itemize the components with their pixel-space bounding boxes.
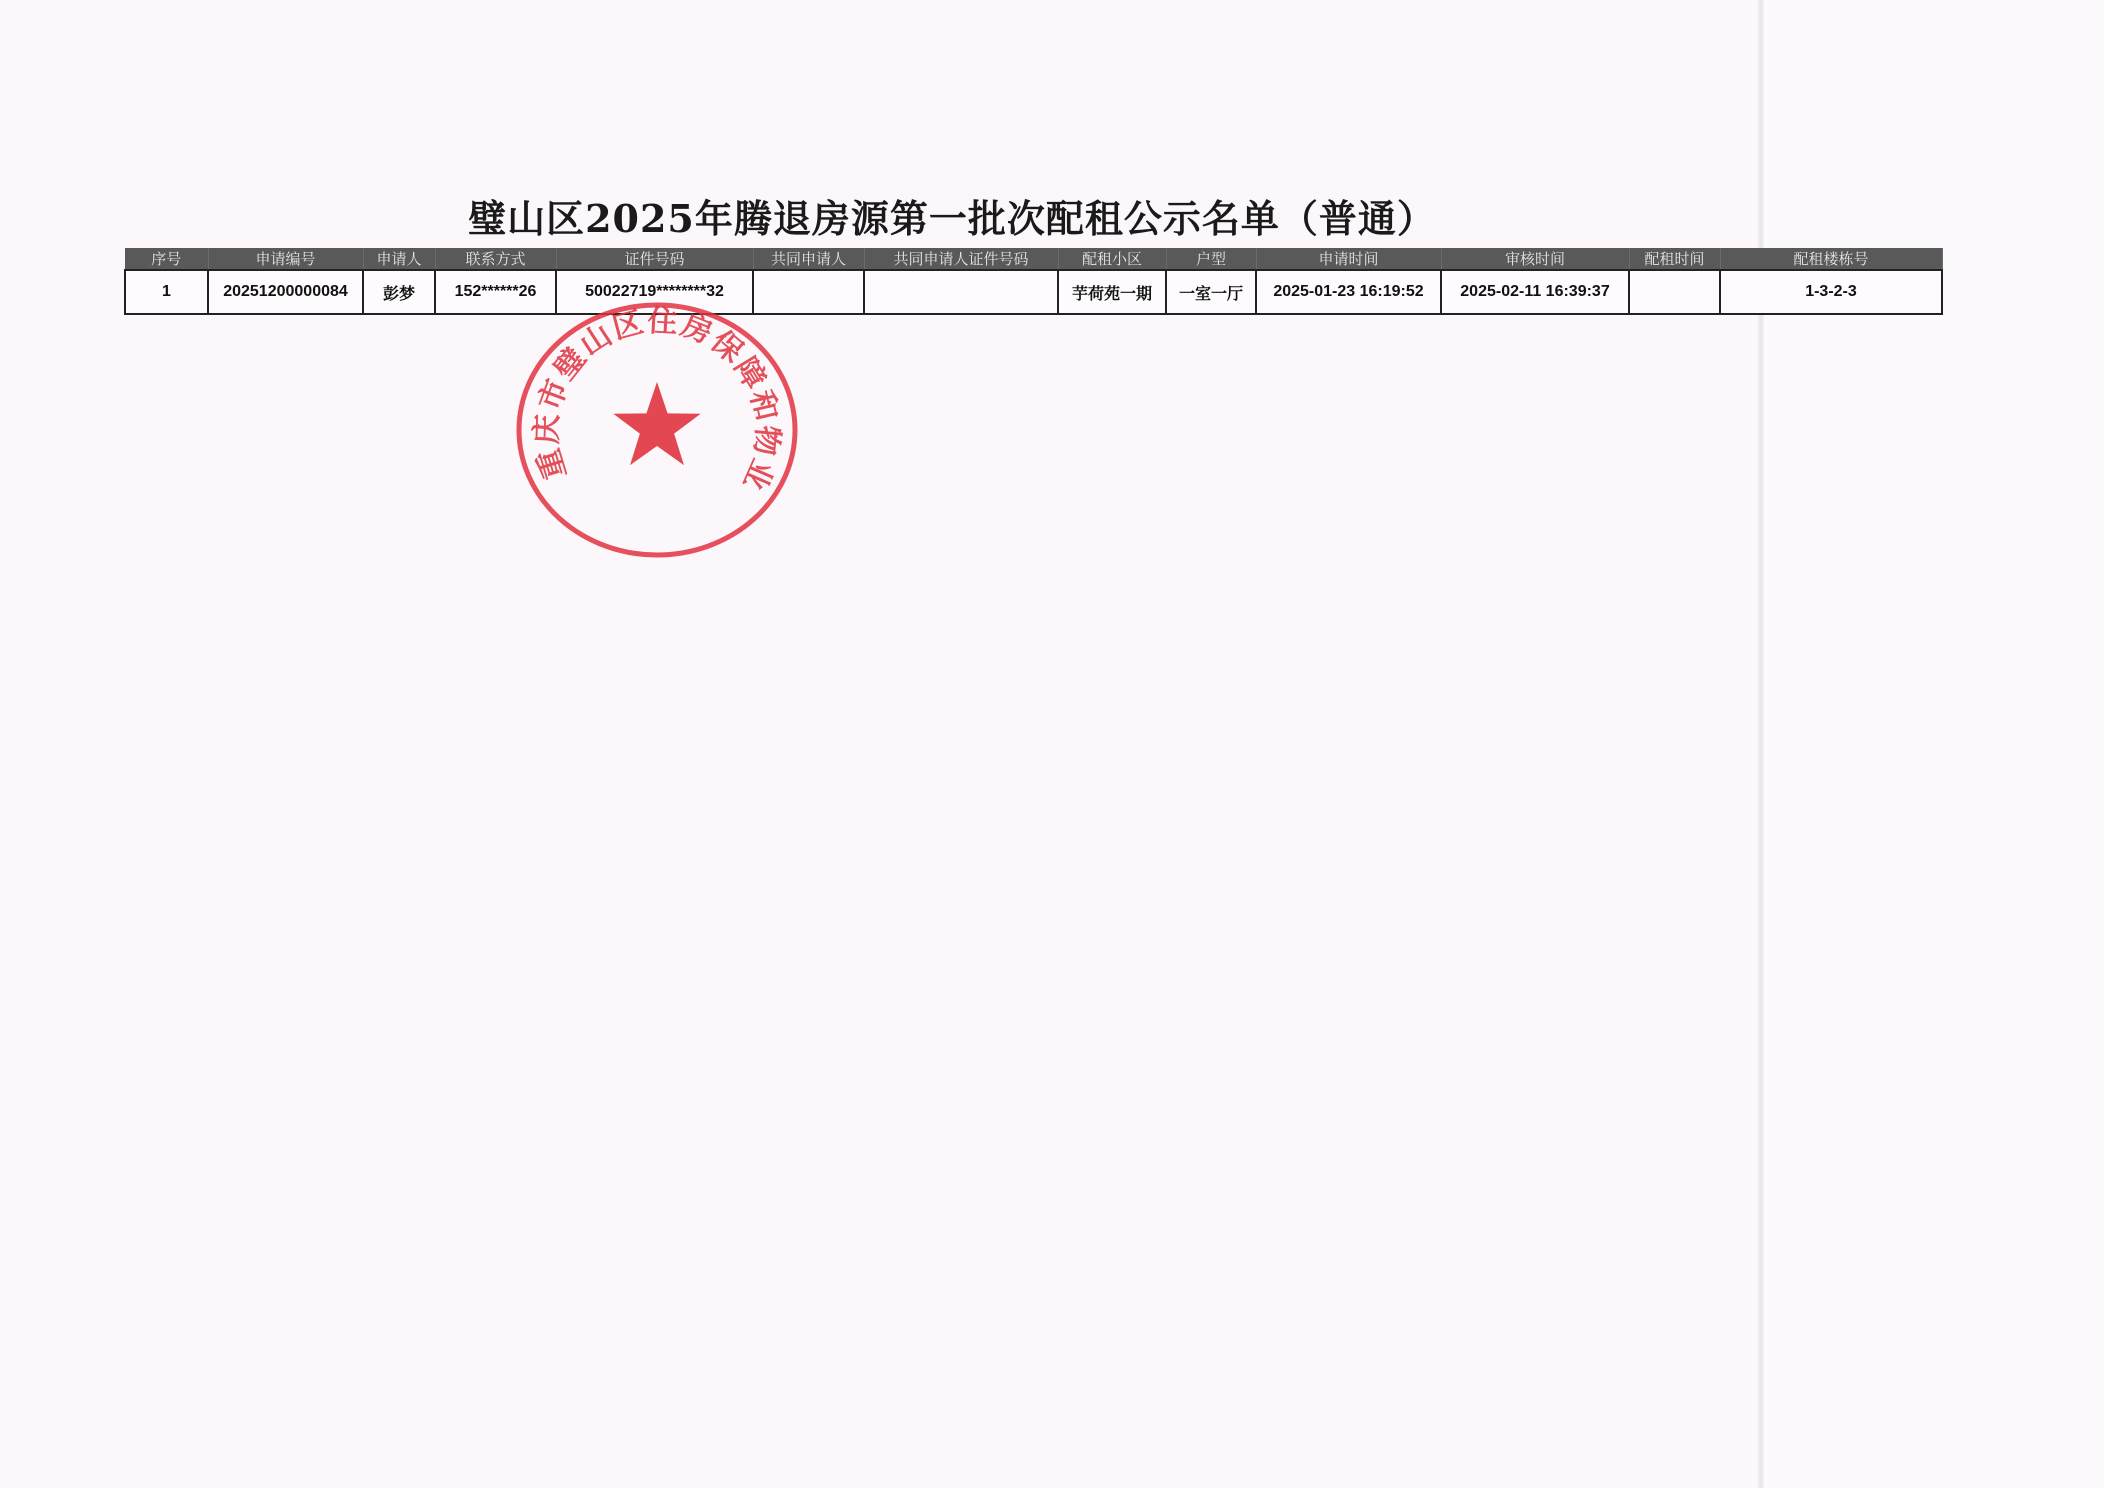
page-title: 璧山区2025年腾退房源第一批次配租公示名单（普通） — [0, 188, 1904, 243]
col-header-apply-time: 申请时间 — [1256, 248, 1441, 270]
table-row: 1 20251200000084 彭梦 152******26 50022719… — [125, 270, 1942, 314]
col-header-co-applicant-id: 共同申请人证件号码 — [864, 248, 1058, 270]
col-header-id-number: 证件号码 — [556, 248, 753, 270]
col-header-community: 配租小区 — [1058, 248, 1166, 270]
cell-applicant: 彭梦 — [363, 270, 435, 314]
seal-text: 重庆市璧山区住房保障和物业管理事务中心 — [512, 300, 785, 497]
cell-unit-type: 一室一厅 — [1166, 270, 1256, 314]
star-icon — [613, 382, 700, 465]
cell-review-time: 2025-02-11 16:39:37 — [1441, 270, 1629, 314]
cell-application-no: 20251200000084 — [208, 270, 363, 314]
seal-graphic: 重庆市璧山区住房保障和物业管理事务中心 — [512, 300, 802, 560]
official-seal: 重庆市璧山区住房保障和物业管理事务中心 — [512, 300, 802, 560]
col-header-index: 序号 — [125, 248, 208, 270]
col-header-building-no: 配租楼栋号 — [1720, 248, 1942, 270]
cell-building-no: 1-3-2-3 — [1720, 270, 1942, 314]
col-header-contact: 联系方式 — [435, 248, 556, 270]
cell-index: 1 — [125, 270, 208, 314]
col-header-co-applicant: 共同申请人 — [753, 248, 864, 270]
cell-apply-time: 2025-01-23 16:19:52 — [1256, 270, 1441, 314]
col-header-review-time: 审核时间 — [1441, 248, 1629, 270]
col-header-unit-type: 户型 — [1166, 248, 1256, 270]
col-header-allocation-time: 配租时间 — [1629, 248, 1720, 270]
cell-community: 芋荷苑一期 — [1058, 270, 1166, 314]
cell-allocation-time — [1629, 270, 1720, 314]
table-header-row: 序号 申请编号 申请人 联系方式 证件号码 共同申请人 共同申请人证件号码 配租… — [125, 248, 1942, 270]
cell-co-applicant-id — [864, 270, 1058, 314]
allocation-table: 序号 申请编号 申请人 联系方式 证件号码 共同申请人 共同申请人证件号码 配租… — [124, 248, 1943, 315]
col-header-application-no: 申请编号 — [208, 248, 363, 270]
col-header-applicant: 申请人 — [363, 248, 435, 270]
svg-text:重庆市璧山区住房保障和物业管理事务中心: 重庆市璧山区住房保障和物业管理事务中心 — [512, 300, 785, 497]
